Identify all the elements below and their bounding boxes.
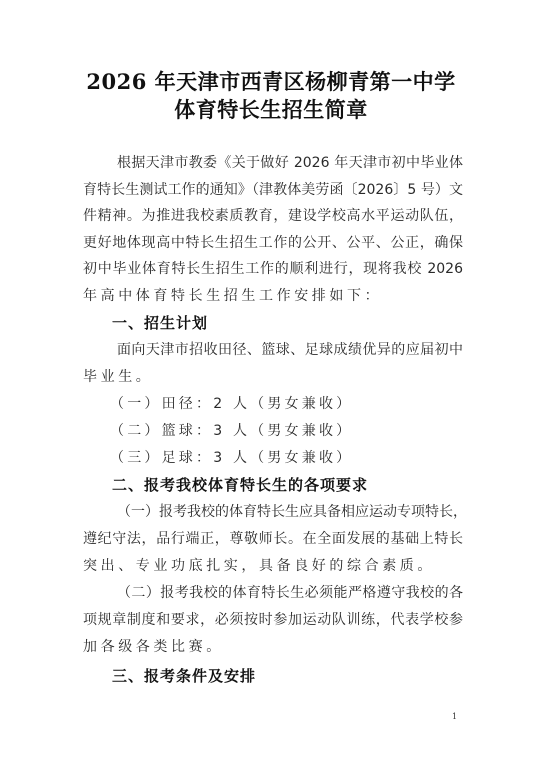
section2-para1-line: 突出、专业功底扎实，具备良好的综合素质。 bbox=[83, 556, 463, 576]
intro-line: 更好地体现高中特长生招生工作的公开、公平、公正，确保 bbox=[83, 233, 463, 253]
intro-line: 初中毕业体育特长生招生工作的顺利进行，现将我校 2026 bbox=[83, 259, 463, 279]
section-heading-enrollment-plan: 一、招生计划 bbox=[112, 313, 208, 333]
enrollment-item-basketball: （二）篮球：3 人（男女兼收） bbox=[110, 421, 490, 441]
document-page: 2026 年天津市西青区杨柳青第一中学 体育特长生招生简章 根据天津市教委《关于… bbox=[0, 0, 542, 768]
page-number: 1 bbox=[452, 712, 457, 721]
section2-para1-line: （一）报考我校的体育特长生应具备相应运动专项特长， bbox=[117, 502, 463, 522]
document-title-line2: 体育特长生招生简章 bbox=[0, 96, 542, 124]
intro-line: 根据天津市教委《关于做好 2026 年天津市初中毕业体 bbox=[117, 153, 463, 173]
document-title-line1: 2026 年天津市西青区杨柳青第一中学 bbox=[0, 68, 542, 96]
section1-paragraph-line: 毕业生。 bbox=[83, 367, 463, 387]
section2-para2-line: （二）报考我校的体育特长生必须能严格遵守我校的各 bbox=[117, 583, 463, 603]
section1-paragraph-line: 面向天津市招收田径、篮球、足球成绩优异的应届初中 bbox=[117, 340, 463, 360]
section2-para2-line: 加各级各类比赛。 bbox=[83, 637, 463, 657]
enrollment-item-football: （三）足球：3 人（男女兼收） bbox=[110, 448, 490, 468]
intro-line: 年高中体育特长生招生工作安排如下： bbox=[83, 286, 463, 306]
intro-line: 件精神。为推进我校素质教育，建设学校高水平运动队伍， bbox=[83, 206, 463, 226]
section-heading-requirements: 二、报考我校体育特长生的各项要求 bbox=[112, 475, 368, 495]
enrollment-item-track: （一）田径：2 人（男女兼收） bbox=[110, 394, 490, 414]
section-heading-conditions: 三、报考条件及安排 bbox=[112, 666, 256, 686]
intro-line: 育特长生测试工作的通知》（津教体美劳函〔2026〕5 号）文 bbox=[83, 180, 463, 200]
section2-para2-line: 项规章制度和要求，必须按时参加运动队训练，代表学校参 bbox=[83, 610, 463, 630]
section2-para1-line: 遵纪守法，品行端正，尊敬师长。在全面发展的基础上特长 bbox=[83, 529, 463, 549]
